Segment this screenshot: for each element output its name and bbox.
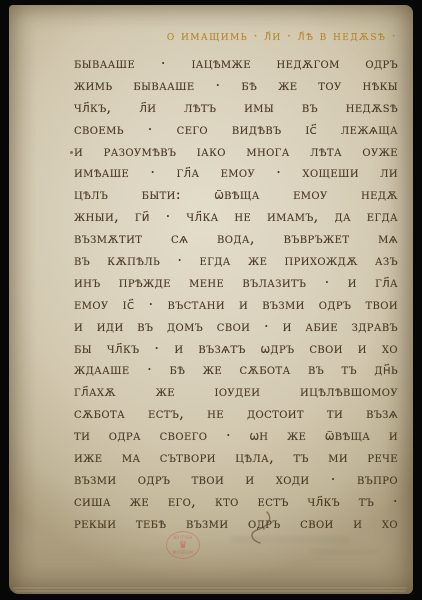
text-line: жимь бывааше · бѣ же тоу нѣкы <box>74 76 398 98</box>
show-through-smudge <box>129 550 189 555</box>
text-line: емоу іс҃ · въстани и възми одръ твои <box>74 295 398 317</box>
text-line: иже ма сътвори цѣла, тъ ми рече <box>74 448 398 470</box>
text-line: жныи, ги҃ · чл҃ка не имамъ, да егда <box>74 207 398 229</box>
show-through-smudge <box>309 549 379 554</box>
text-line: възмѫтит сѧ вода, въвръжет мѧ <box>74 229 398 251</box>
text-line: рекыи тебѣ възми одръ свои и хо <box>74 514 398 536</box>
text-line: гл҃ахѫ же іоудеи ицѣлѣвшомоу <box>74 382 398 404</box>
show-through-smudge <box>231 536 349 543</box>
text-line: сиша же его, кто естъ чл҃къ тъ · <box>74 492 398 514</box>
text-line: възми одръ твои и ходи · въпро <box>74 470 398 492</box>
text-line: сѫбота естъ, не достоит ти възѧ <box>74 404 398 426</box>
text-line: чл҃къ, л҃и лѣтъ имы въ недѫѕѣ <box>74 98 398 120</box>
manuscript-page: о имащимь · л҃и · л҃ѣ в недѫѕѣ · бывааше… <box>9 5 413 594</box>
marginal-ink-dot <box>70 151 73 154</box>
text-line: имѣаше · гл҃а емоу · хощеши ли <box>74 163 398 185</box>
text-line: бы чл҃къ · и възѧтъ ѡдръ свои и хо <box>74 339 398 361</box>
rubric-header: о имащимь · л҃и · л҃ѣ в недѫѕѣ · <box>75 28 397 43</box>
photographed-manuscript-scene: о имащимь · л҃и · л҃ѣ в недѫѕѣ · бывааше… <box>0 0 422 600</box>
text-line: цѣлъ быти: ѿвѣща емоу недѫ <box>74 185 398 207</box>
text-line: ти одра своего · ѡн же ѿвѣща и <box>74 426 398 448</box>
text-line: и разоумѣвъ іако многа лѣта оуже <box>74 142 398 164</box>
text-line: бывааше · іацѣмже недѫгом одръ <box>74 54 398 76</box>
crown-icon: ♛ <box>179 540 188 551</box>
text-block: бывааше · іацѣмже недѫгом одръ жимь быва… <box>74 54 398 536</box>
text-line: въ кѫпѣль · егда же прихождѫ азъ <box>74 251 398 273</box>
text-line: ждааше · бѣ же сѫбота въ тъ дн҃ь <box>74 360 398 382</box>
text-line: и иди въ домъ свои · и абие здравъ <box>74 317 398 339</box>
text-line: своемь · сего видѣвъ іс҃ лежѧща <box>74 120 398 142</box>
text-line: инъ прѣжде мене вълазитъ · и гл҃а <box>74 273 398 295</box>
